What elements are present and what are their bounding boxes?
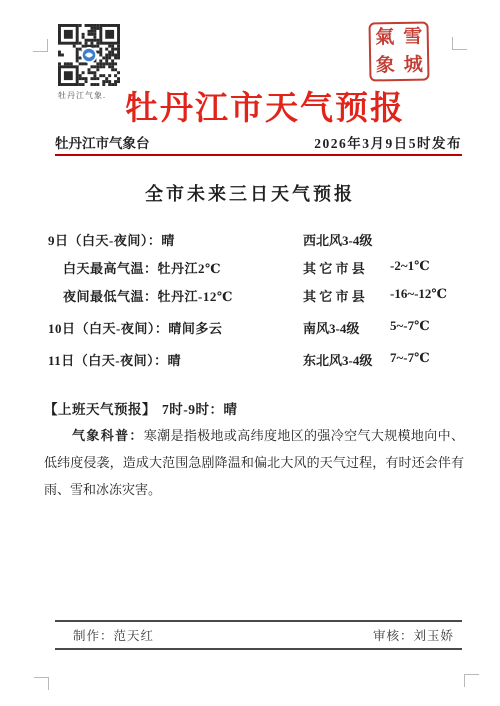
seal-char: 雪	[403, 28, 422, 47]
forecast-temperature: -16~-12℃	[390, 286, 447, 302]
forecast-temperature: 7~-7℃	[390, 350, 430, 366]
forecast-wind: 西北风3-4级	[303, 230, 372, 249]
forecast-row: 10日（白天-夜间）：晴间多云 南风3-4级 5~-7℃	[0, 312, 500, 340]
forecast-rows: 9日（白天-夜间）：晴 西北风3-4级 白天最高气温：牡丹江2℃ 其 它 市 县…	[0, 224, 500, 372]
commute-label: 【上班天气预报】	[44, 402, 156, 417]
forecast-wind: 东北风3-4级	[303, 350, 372, 369]
forecast-temperature: -2~1℃	[390, 258, 430, 274]
forecast-wind: 南风3-4级	[303, 318, 359, 337]
issue-time: 2026年3月9日5时发布	[314, 132, 462, 152]
science-note: 气象科普：寒潮是指极地或高纬度地区的强冷空气大规模地向中、低纬度侵袭，造成大范围…	[44, 422, 464, 503]
official-seal: 氣 雪 象 城	[368, 21, 429, 81]
forecast-row: 夜间最低气温：牡丹江-12℃ 其 它 市 县 -16~-12℃	[0, 280, 500, 308]
forecast-description: 夜间最低气温：牡丹江-12℃	[63, 286, 233, 305]
header-row: 牡丹江市气象台 2026年3月9日5时发布	[55, 132, 462, 152]
forecast-wind: 其 它 市 县	[303, 286, 365, 305]
crop-mark-bottom-right	[464, 674, 479, 687]
forecast-description: 11日（白天-夜间）：晴	[48, 350, 181, 369]
seal-char: 氣	[375, 28, 394, 47]
reviewer-credit: 审核：刘玉娇	[373, 626, 454, 644]
crop-mark-bottom-left	[34, 677, 49, 690]
forecast-wind: 其 它 市 县	[303, 258, 365, 277]
forecast-row: 11日（白天-夜间）：晴 东北风3-4级 7~-7℃	[0, 344, 500, 372]
crop-mark-top-left	[33, 39, 48, 52]
qr-code	[58, 24, 120, 86]
seal-char: 象	[376, 56, 395, 75]
footer-credits: 制作：范天红 审核：刘玉娇	[55, 620, 462, 650]
crop-mark-top-right	[452, 37, 467, 50]
commute-value: 7时-9时：晴	[162, 402, 238, 417]
header-divider	[55, 154, 462, 156]
forecast-description: 9日（白天-夜间）：晴	[48, 230, 175, 249]
forecast-description: 10日（白天-夜间）：晴间多云	[48, 318, 222, 337]
forecast-row: 9日（白天-夜间）：晴 西北风3-4级	[0, 224, 500, 252]
section-title: 全市未来三日天气预报	[0, 180, 500, 206]
science-label: 气象科普：	[72, 428, 144, 443]
office-name: 牡丹江市气象台	[55, 132, 150, 152]
commute-forecast: 【上班天气预报】7时-9时：晴	[44, 398, 238, 418]
document-page: 牡丹江气象. 氣 雪 象 城 牡丹江市天气预报 牡丹江市气象台 2026年3月9…	[0, 0, 500, 706]
seal-char: 城	[404, 55, 423, 74]
forecast-description: 白天最高气温：牡丹江2℃	[63, 258, 221, 277]
producer-credit: 制作：范天红	[73, 626, 154, 644]
document-title: 牡丹江市天气预报	[0, 82, 500, 129]
forecast-temperature: 5~-7℃	[390, 318, 430, 334]
forecast-row: 白天最高气温：牡丹江2℃ 其 它 市 县 -2~1℃	[0, 252, 500, 280]
